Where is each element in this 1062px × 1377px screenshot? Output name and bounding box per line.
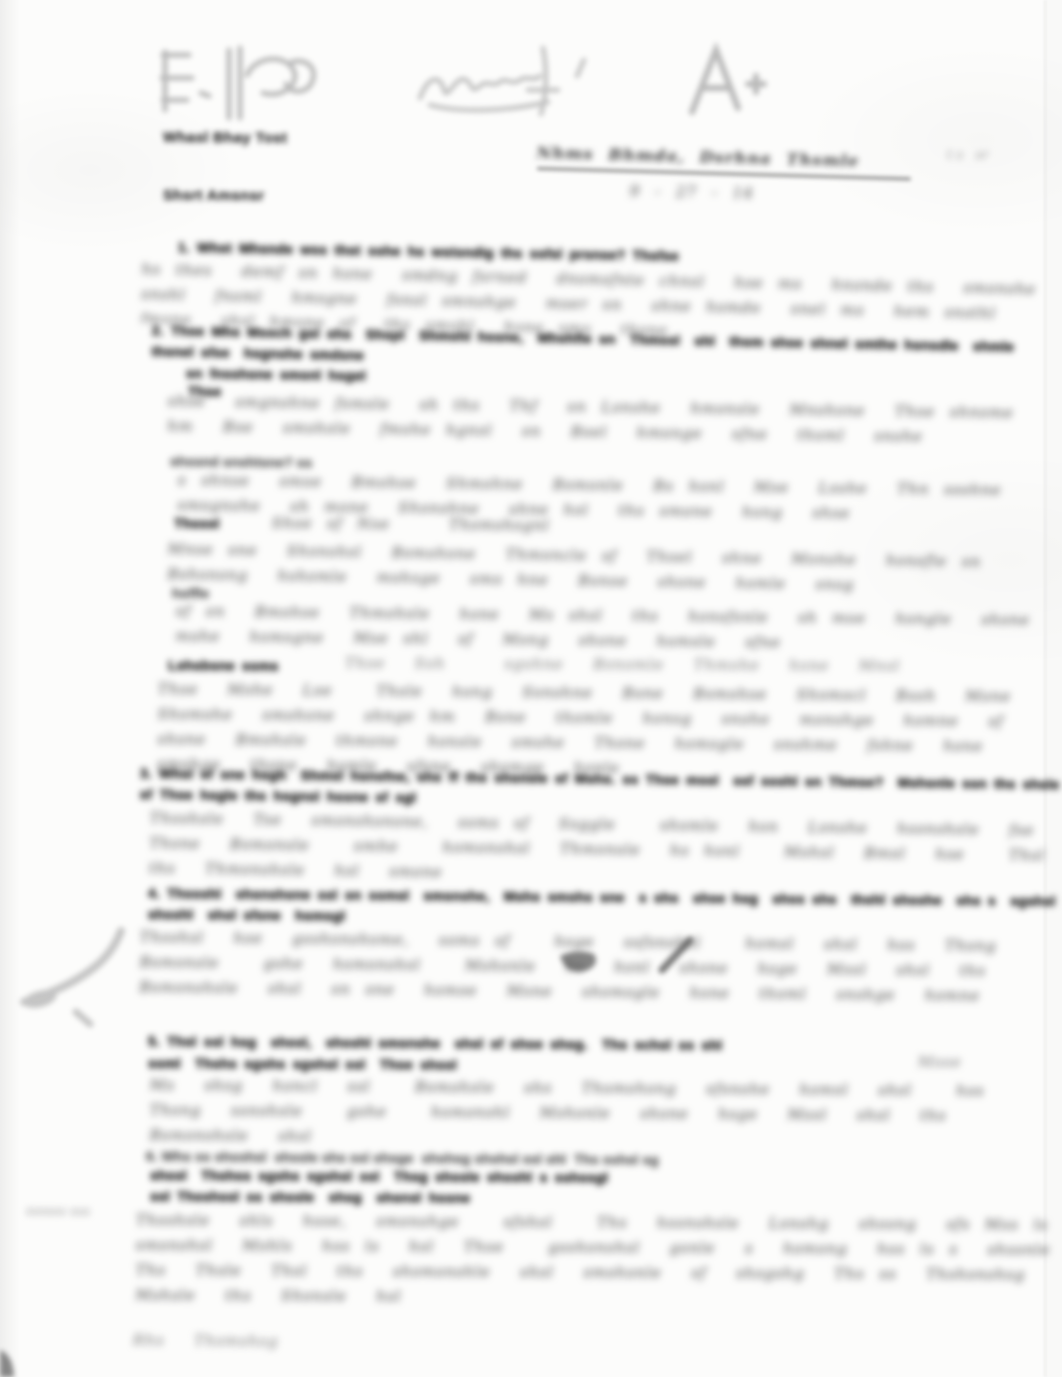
- margin-pen-check: [22, 931, 121, 1024]
- scanned-document-page: Whasl Bhay TostNhms Bhmda, Dsrhna Thsmle…: [0, 0, 1062, 1377]
- handwritten-word-top: [420, 48, 584, 114]
- grade-scrawl-top-left: [162, 48, 314, 118]
- corner-smudge-bottom-left: [0, 1350, 14, 1377]
- a-plus-grade-mark: [692, 50, 764, 112]
- answer-ink-slash: [560, 940, 690, 971]
- ink-marks-layer: [0, 0, 1062, 1377]
